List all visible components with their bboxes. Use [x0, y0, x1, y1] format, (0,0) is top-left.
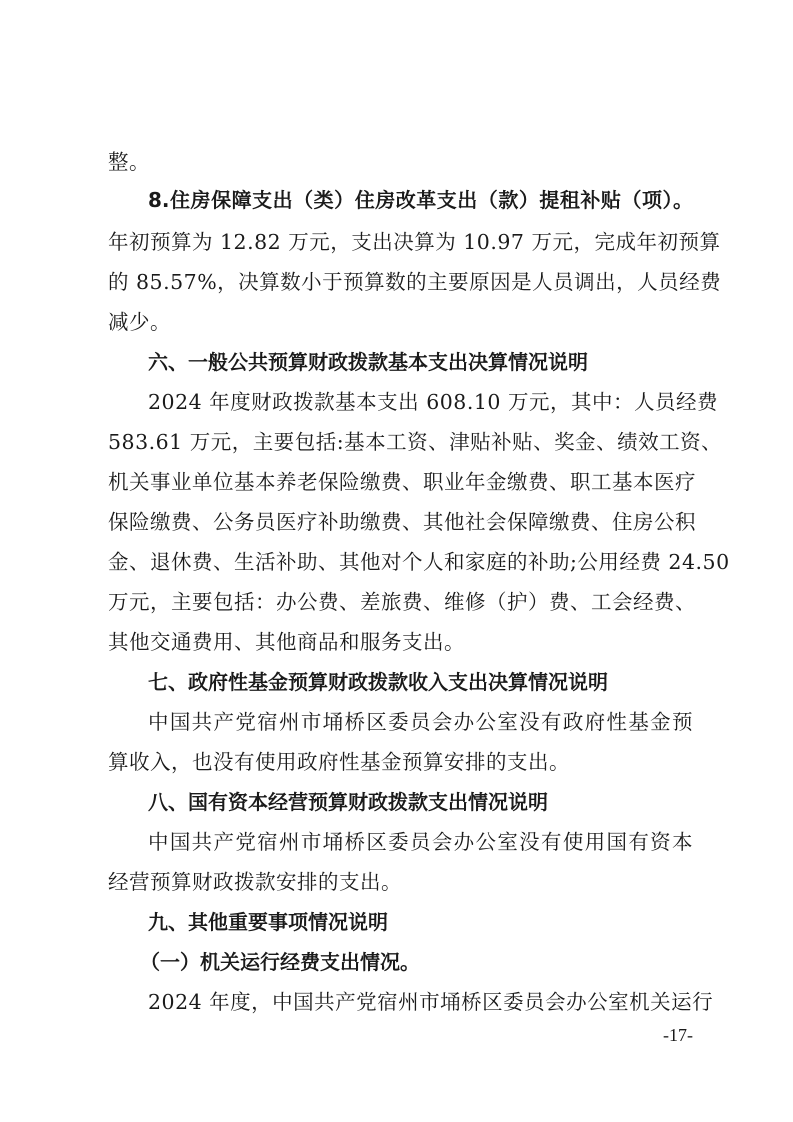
paragraph-line: 保险缴费、公务员医疗补助缴费、其他社会保障缴费、住房公积	[108, 510, 693, 534]
subsection-heading-1: （一）机关运行经费支出情况。	[140, 950, 725, 974]
paragraph-line: 583.61 万元，主要包括:基本工资、津贴补贴、奖金、绩效工资、	[108, 430, 693, 454]
paragraph-line: 减少。	[108, 310, 693, 334]
section-heading-9: 九、其他重要事项情况说明	[148, 910, 733, 934]
paragraph-line: 算收入，也没有使用政府性基金预算安排的支出。	[108, 750, 693, 774]
section-heading-8: 八、国有资本经营预算财政拨款支出情况说明	[148, 790, 733, 814]
section-heading-7: 七、政府性基金预算财政拨款收入支出决算情况说明	[148, 670, 733, 694]
section-heading-6: 六、一般公共预算财政拨款基本支出决算情况说明	[148, 350, 733, 374]
paragraph-line: 的 85.57%，决算数小于预算数的主要原因是人员调出，人员经费	[108, 270, 693, 294]
paragraph-line: 经营预算财政拨款安排的支出。	[108, 870, 693, 894]
paragraph-line: 2024 年度财政拨款基本支出 608.10 万元，其中：人员经费	[148, 390, 693, 414]
paragraph-line: 年初预算为 12.82 万元，支出决算为 10.97 万元，完成年初预算	[108, 230, 693, 254]
paragraph-line: 万元，主要包括：办公费、差旅费、维修（护）费、工会经费、	[108, 590, 693, 614]
page-number: -17-	[663, 1025, 693, 1046]
paragraph-line: 中国共产党宿州市埇桥区委员会办公室没有政府性基金预	[148, 710, 693, 734]
paragraph-line: 2024 年度，中国共产党宿州市埇桥区委员会办公室机关运行	[148, 990, 693, 1014]
paragraph-line: 中国共产党宿州市埇桥区委员会办公室没有使用国有资本	[148, 830, 693, 854]
document-page: 整。 8.住房保障支出（类）住房改革支出（款）提租补贴（项）。 年初预算为 12…	[0, 0, 793, 1122]
paragraph-line: 机关事业单位基本养老保险缴费、职业年金缴费、职工基本医疗	[108, 470, 693, 494]
paragraph-line: 其他交通费用、其他商品和服务支出。	[108, 630, 693, 654]
paragraph-line: 金、退休费、生活补助、其他对个人和家庭的补助;公用经费 24.50	[108, 550, 693, 574]
text-line-continuation: 整。	[108, 150, 693, 174]
item-heading-housing-subsidy: 8.住房保障支出（类）住房改革支出（款）提租补贴（项）。	[148, 188, 693, 212]
